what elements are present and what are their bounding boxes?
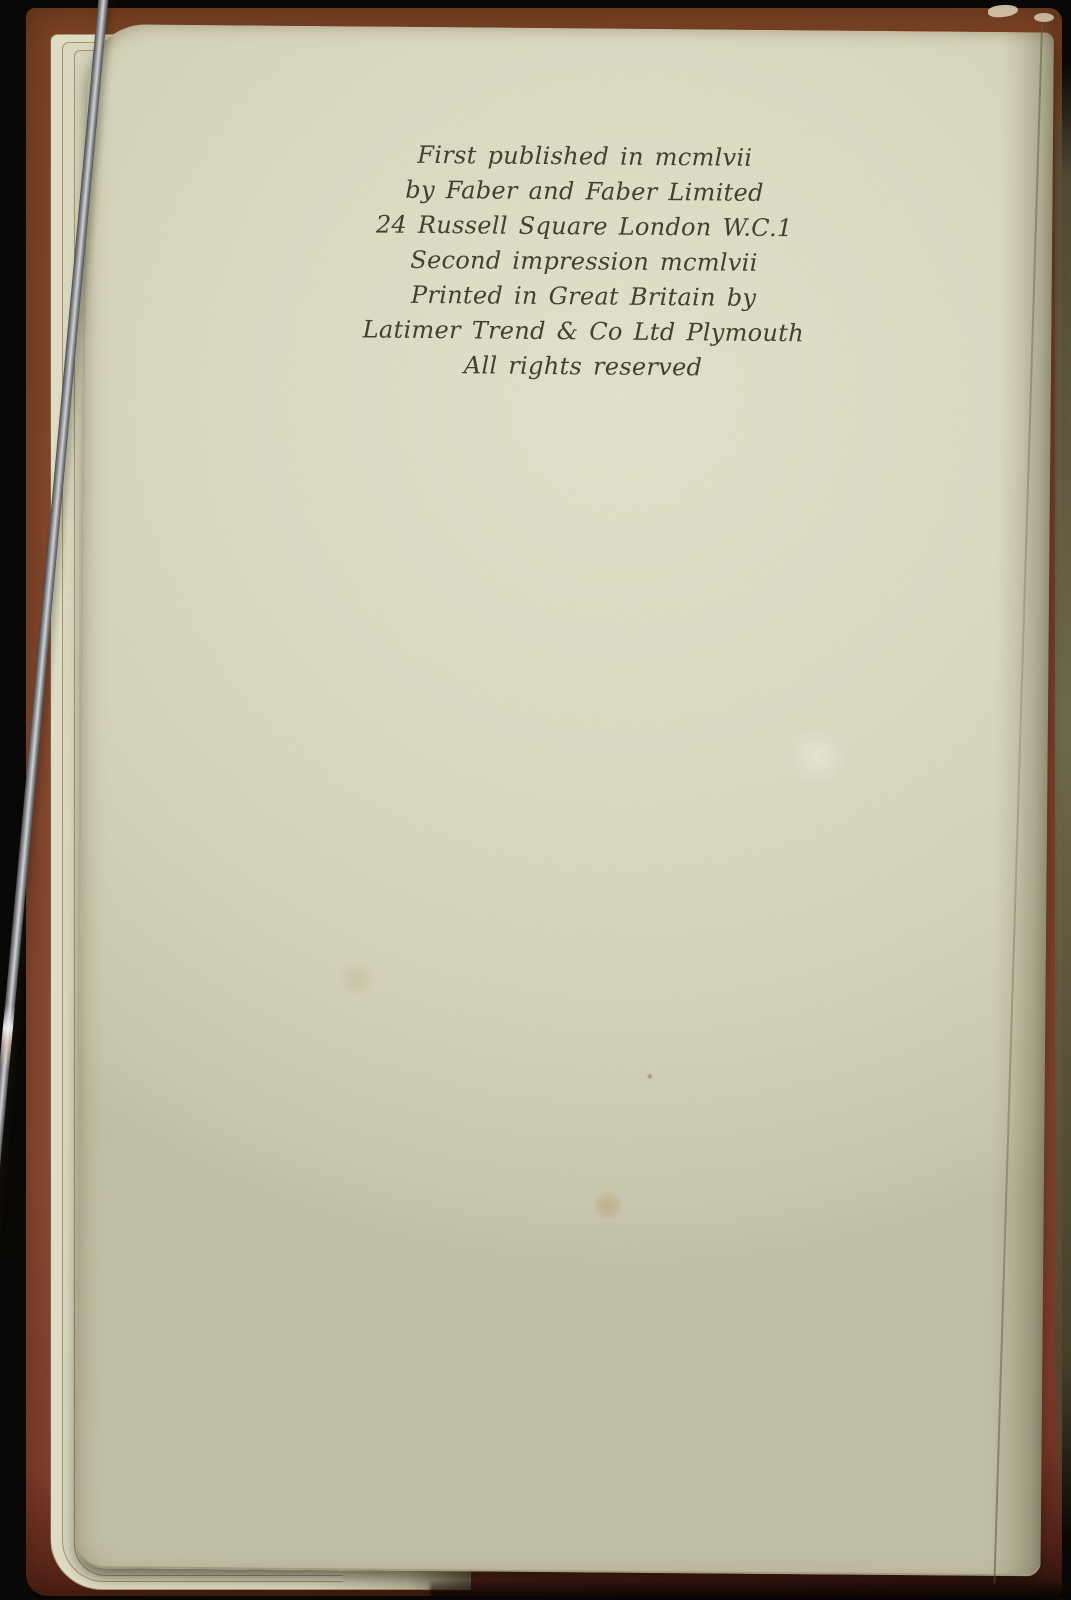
imprint-line: 24 Russell Square London W.C.1	[334, 207, 834, 246]
cover-wear-speck	[1034, 13, 1054, 22]
rod-highlight	[0, 1005, 15, 1070]
page-bottom-shadow	[430, 1582, 1070, 1598]
imprint-line: All rights reserved	[333, 347, 833, 386]
imprint-line: Printed in Great Britain by	[333, 277, 833, 316]
imprint-line: First published in mcmlvii	[335, 137, 835, 176]
light-patch	[781, 730, 851, 783]
book-photo: First published in mcmlvii by Faber and …	[0, 0, 1071, 1600]
imprint-line: Second impression mcmlvii	[334, 242, 834, 281]
stain-spot	[335, 961, 381, 995]
imprint-line: by Faber and Faber Limited	[334, 172, 834, 211]
imprint-text-block: First published in mcmlvii by Faber and …	[333, 137, 835, 386]
stain-spot	[593, 1192, 623, 1218]
imprint-line: Latimer Trend & Co Ltd Plymouth	[333, 312, 833, 351]
imprint-page: First published in mcmlvii by Faber and …	[75, 24, 1054, 1576]
gutter-page-curl	[1055, 60, 1071, 1540]
stain-spot	[647, 1074, 653, 1079]
